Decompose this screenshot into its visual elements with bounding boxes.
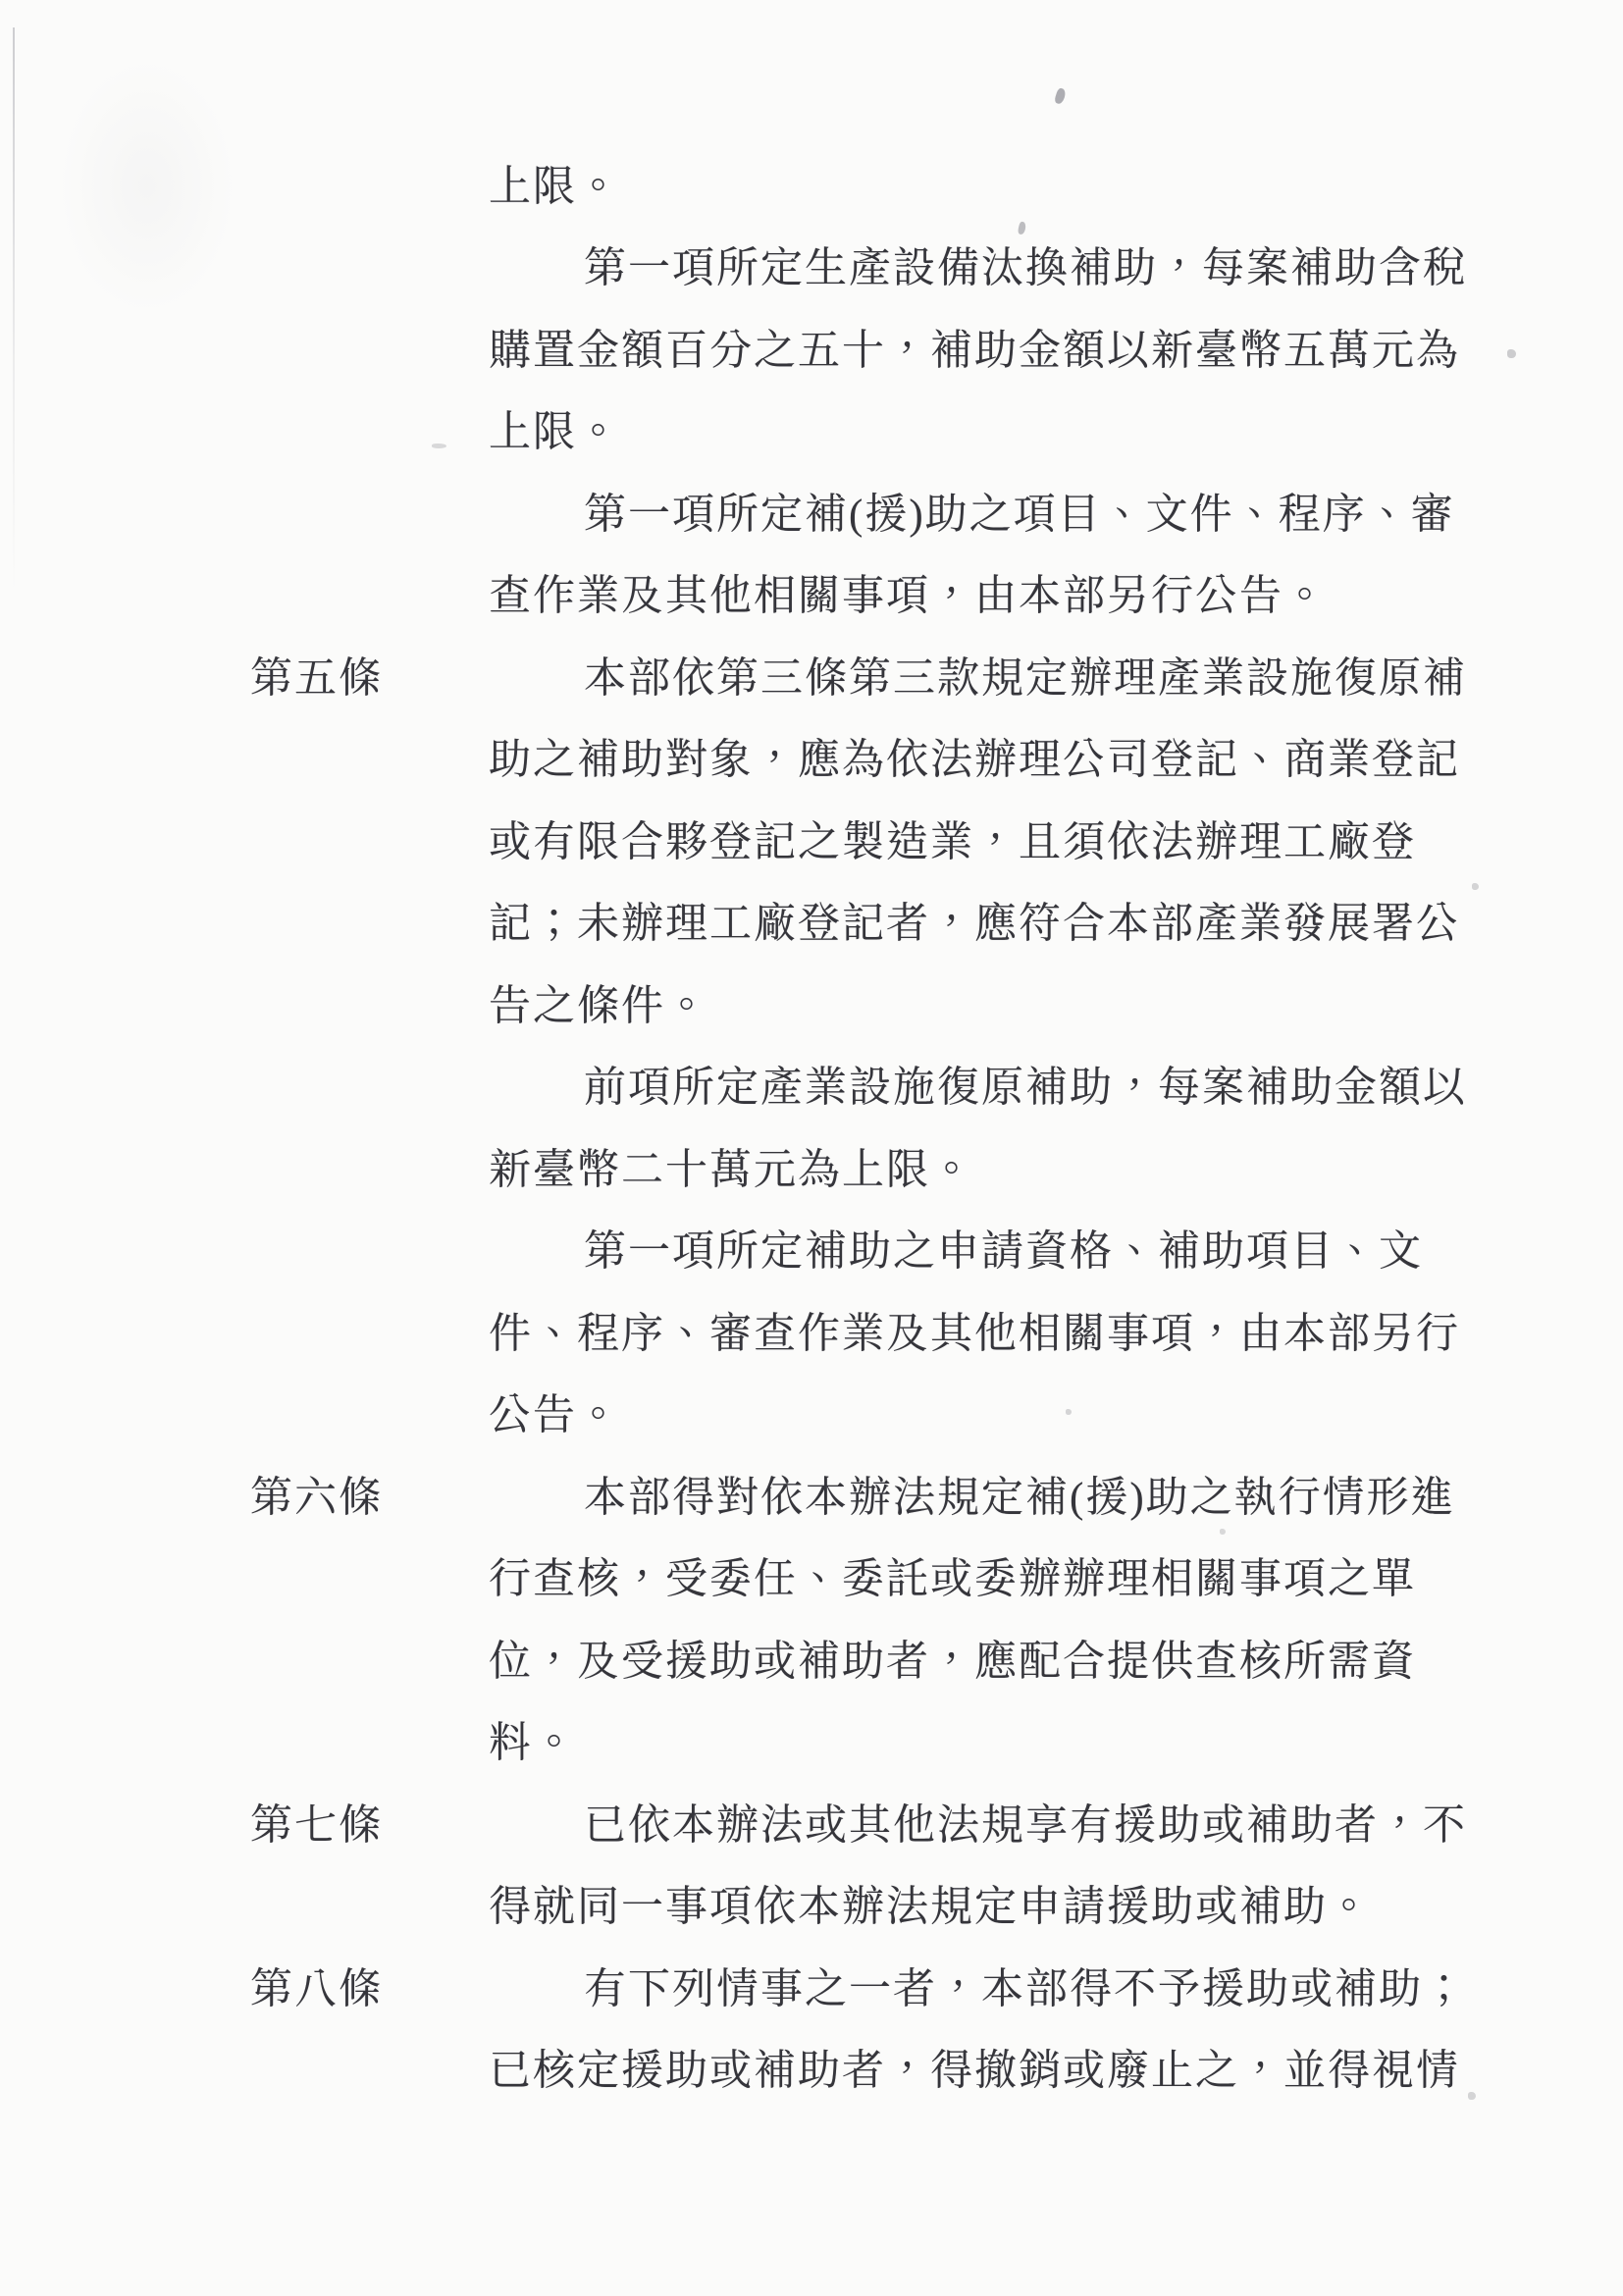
line-text: 記；未辦理工廠登記者，應符合本部產業發展署公 bbox=[489, 891, 1460, 951]
document-line: 或有限合夥登記之製造業，且須依法辦理工廠登 bbox=[0, 798, 1623, 880]
line-text: 新臺幣二十萬元為上限。 bbox=[489, 1136, 974, 1196]
document-text-block: 上限。 第一項所定生產設備汰換補助，每案補助含稅 購置金額百分之五十，補助金額以… bbox=[0, 142, 1623, 2109]
line-text: 公告。 bbox=[489, 1383, 621, 1442]
line-text: 本部依第三條第三款規定辦理產業設施復原補 bbox=[584, 645, 1467, 704]
line-text: 已依本辦法或其他法規享有援助或補助者，不 bbox=[584, 1792, 1467, 1852]
article-number: 第六條 bbox=[250, 1464, 383, 1524]
document-line: 位，及受援助或補助者，應配合提供查核所需資 bbox=[0, 1617, 1623, 1699]
article-number: 第八條 bbox=[250, 1956, 383, 2015]
document-line: 助之補助對象，應為依法辦理公司登記、商業登記 bbox=[0, 716, 1623, 799]
article-number: 第五條 bbox=[250, 645, 383, 704]
line-text: 有下列情事之一者，本部得不予援助或補助； bbox=[584, 1956, 1467, 2015]
line-text: 位，及受援助或補助者，應配合提供查核所需資 bbox=[489, 1628, 1416, 1688]
line-text: 購置金額百分之五十，補助金額以新臺幣五萬元為 bbox=[489, 317, 1460, 377]
line-text: 助之補助對象，應為依法辦理公司登記、商業登記 bbox=[489, 727, 1460, 787]
document-line: 第五條 本部依第三條第三款規定辦理產業設施復原補 bbox=[0, 634, 1623, 716]
article-number: 第七條 bbox=[250, 1792, 383, 1852]
document-page: 上限。 第一項所定生產設備汰換補助，每案補助含稅 購置金額百分之五十，補助金額以… bbox=[0, 0, 1623, 2296]
document-line: 查作業及其他相關事項，由本部另行公告。 bbox=[0, 552, 1623, 635]
document-line: 行查核，受委任、委託或委辦辦理相關事項之單 bbox=[0, 1536, 1623, 1618]
document-line: 購置金額百分之五十，補助金額以新臺幣五萬元為 bbox=[0, 306, 1623, 389]
document-line: 第六條 本部得對依本辦法規定補(援)助之執行情形進 bbox=[0, 1453, 1623, 1536]
line-text: 行查核，受委任、委託或委辦辦理相關事項之單 bbox=[489, 1546, 1416, 1606]
line-text: 第一項所定補(援)助之項目、文件、程序、審 bbox=[584, 481, 1455, 541]
line-text: 料。 bbox=[489, 1710, 577, 1770]
document-line: 記；未辦理工廠登記者，應符合本部產業發展署公 bbox=[0, 880, 1623, 963]
document-line: 公告。 bbox=[0, 1372, 1623, 1454]
document-line: 件、程序、審查作業及其他相關事項，由本部另行 bbox=[0, 1289, 1623, 1372]
line-text: 上限。 bbox=[489, 399, 621, 459]
document-line: 上限。 bbox=[0, 389, 1623, 471]
document-line: 第一項所定生產設備汰換補助，每案補助含稅 bbox=[0, 225, 1623, 307]
line-text: 本部得對依本辦法規定補(援)助之執行情形進 bbox=[584, 1464, 1455, 1524]
line-text: 查作業及其他相關事項，由本部另行公告。 bbox=[489, 563, 1328, 623]
line-text: 上限。 bbox=[489, 153, 621, 213]
line-text: 第一項所定生產設備汰換補助，每案補助含稅 bbox=[584, 235, 1467, 295]
document-line: 上限。 bbox=[0, 142, 1623, 225]
line-text: 得就同一事項依本辦法規定申請援助或補助。 bbox=[489, 1874, 1372, 1934]
document-line: 第一項所定補助之申請資格、補助項目、文 bbox=[0, 1208, 1623, 1290]
line-text: 前項所定產業設施復原補助，每案補助金額以 bbox=[584, 1055, 1467, 1115]
scan-speck bbox=[1054, 87, 1068, 105]
document-line: 前項所定產業設施復原補助，每案補助金額以 bbox=[0, 1044, 1623, 1126]
line-text: 件、程序、審查作業及其他相關事項，由本部另行 bbox=[489, 1300, 1460, 1360]
line-text: 第一項所定補助之申請資格、補助項目、文 bbox=[584, 1219, 1423, 1278]
document-line: 第八條 有下列情事之一者，本部得不予援助或補助； bbox=[0, 1945, 1623, 2027]
line-text: 告之條件。 bbox=[489, 972, 709, 1032]
document-line: 新臺幣二十萬元為上限。 bbox=[0, 1125, 1623, 1208]
document-line: 告之條件。 bbox=[0, 962, 1623, 1044]
document-line: 得就同一事項依本辦法規定申請援助或補助。 bbox=[0, 1863, 1623, 1946]
document-line: 已核定援助或補助者，得撤銷或廢止之，並得視情 bbox=[0, 2027, 1623, 2110]
line-text: 已核定援助或補助者，得撤銷或廢止之，並得視情 bbox=[489, 2038, 1460, 2098]
document-line: 第七條 已依本辦法或其他法規享有援助或補助者，不 bbox=[0, 1781, 1623, 1863]
document-line: 料。 bbox=[0, 1699, 1623, 1782]
line-text: 或有限合夥登記之製造業，且須依法辦理工廠登 bbox=[489, 809, 1416, 868]
document-line: 第一項所定補(援)助之項目、文件、程序、審 bbox=[0, 470, 1623, 552]
